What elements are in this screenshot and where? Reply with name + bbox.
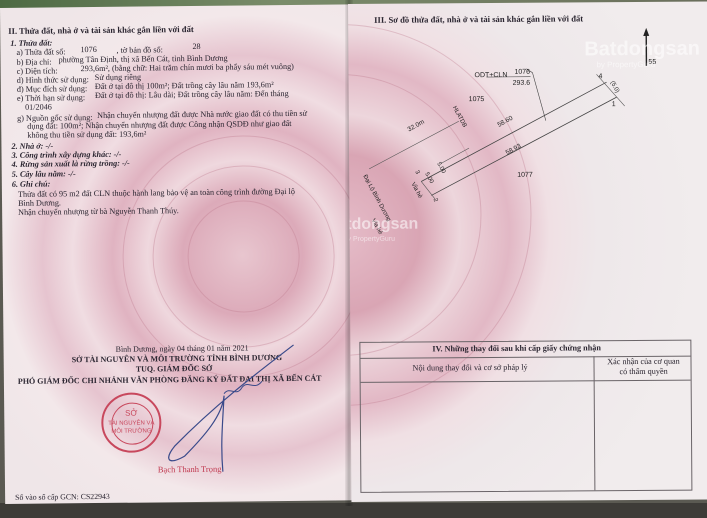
neighbor-1075: 1075 (469, 96, 485, 103)
setback-distance: 32.0m (407, 119, 426, 134)
setback-label: HLATDB (451, 105, 467, 128)
edge-right: (5.0) (609, 80, 620, 94)
map-sheet-no: 28 (192, 42, 200, 52)
section-ii-title: II. Thửa đất, nhà ở và tài sản khác gắn … (8, 24, 194, 36)
parcel-area: 293.6 (513, 80, 531, 87)
certificate-right-page: III. Sơ đồ thửa đất, nhà ở và tài sản kh… (348, 1, 707, 501)
parcel-number: 1076 (514, 69, 530, 76)
registry-number: Số vào sổ cấp GCN: CS22943 (15, 492, 110, 503)
watermark-top-sub: by PropertyGuru (596, 60, 655, 69)
edge-top: 58.60 (496, 115, 514, 129)
term-cont: 01/2046 (25, 102, 52, 112)
parcel-no: 1076 (80, 45, 96, 55)
sidewalk-label-1: Vỉa hè (409, 181, 424, 200)
changes-table: IV. Những thay đổi sau khi cấp giấy chứn… (359, 340, 692, 493)
point-4: 4 (598, 73, 602, 80)
term: Đất ở tại đô thị: Lâu dài; Đất trồng cây… (95, 89, 289, 101)
signature-icon (103, 335, 304, 477)
changes-table-header-row: Nội dung thay đổi và cơ sở pháp lý Xác n… (360, 356, 690, 383)
signer-name: Bạch Thanh Trọng (158, 464, 222, 475)
note-line-3: Nhận chuyển nhượng từ bà Nguyễn Thanh Th… (18, 206, 179, 218)
edge-bottom: 58.93 (505, 143, 523, 157)
item-notes: 6. Ghi chú: (12, 179, 51, 189)
origin-line-3: không thu tiền sử dụng đất: 193,6m² (27, 129, 146, 140)
watermark-center-sub: by PropertyGuru (348, 236, 395, 243)
background-bottom (0, 503, 707, 518)
item-perennial: 5. Cây lâu năm: -/- (12, 169, 76, 180)
col-confirm-header-2: có thẩm quyền (599, 367, 689, 378)
point-3: 3 (413, 170, 420, 176)
point-1: 1 (612, 101, 616, 108)
point-2: 2 (432, 198, 439, 204)
edge-left-2: 5.00 (423, 172, 434, 186)
neighbor-1077: 1077 (517, 172, 533, 179)
col-confirm-header-1: Xác nhận của cơ quan (598, 357, 688, 368)
land-code: ODT+CLN (474, 72, 507, 79)
col-content-header: Nội dung thay đổi và cơ sở pháp lý (413, 363, 528, 374)
watermark-center: batdongsan (348, 216, 418, 235)
watermark-top: Batdongsan (584, 38, 700, 62)
item-forest: 4. Rừng sản xuất là rừng trồng: -/- (12, 159, 130, 170)
certificate-left-page: II. Thửa đất, nhà ở và tài sản khác gắn … (0, 4, 357, 504)
changes-table-title: IV. Những thay đổi sau khi cấp giấy chứn… (432, 343, 601, 354)
guilloche-ring (187, 200, 300, 313)
